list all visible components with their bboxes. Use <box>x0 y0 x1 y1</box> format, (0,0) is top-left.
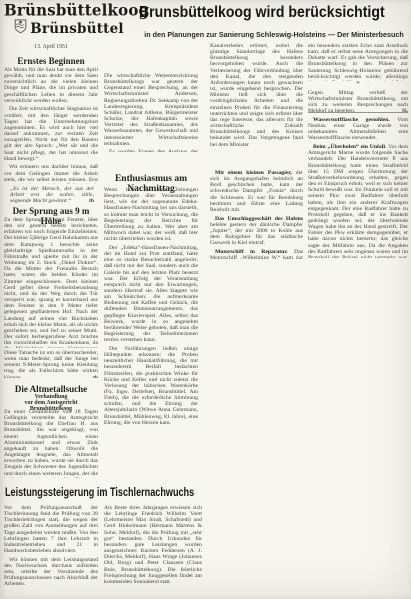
column-divider-rule <box>308 112 408 113</box>
news-item: Motorschiff in Reparatur. Das Motorschif… <box>210 249 303 259</box>
news-item-text: Vor dem Amtsgericht Marne wurde folgende… <box>308 144 408 258</box>
issue-date: 13. April 1951 <box>4 44 98 50</box>
lead-article-col3: Kanalverkehrs erörtert, wobei die günsti… <box>210 43 303 161</box>
paragraph: Wir erinnern uns darüber hinaus, daß vor… <box>4 164 98 184</box>
article-body-ernstes-beginnen: Als Motto für die Saat hat man den April… <box>4 67 98 184</box>
news-item-text: der sich im Ausgangshafen heimlich an Bo… <box>210 170 303 213</box>
section-divider-mark: * <box>308 81 408 88</box>
lead-article-col2: Die wirtschaftliche Weiterentwicklung Br… <box>104 73 198 152</box>
article-body-sprung: Zu dem Sprung aus dem Fenster, über den … <box>4 217 98 348</box>
news-items-col4: Wasserstoffflasche gestohlen. Vom Neubau… <box>308 117 408 258</box>
masthead-title-line1: Brünsbüttelkoog <box>4 2 134 18</box>
quote-text: „Es ist der Mensch, der aus der Arbeit e… <box>10 186 94 204</box>
bottom-article-col2: Als Beste ihres Jahrganges erwiesen sich… <box>104 505 202 597</box>
paragraph: Der „Edeka“-Hausfrauen-Nachmittag, der i… <box>104 245 198 344</box>
paragraph: Die wirtschaftliche Weiterentwicklung Br… <box>104 73 198 147</box>
main-subheadline: in den Planungen zur Sanierung Schleswig… <box>138 30 410 39</box>
masthead-title-line2: Brünsbüttel <box>30 22 123 36</box>
paragraph: Zu einer Gesamtstrafe von 18 Tagen Gefän… <box>4 409 98 478</box>
author-initials: th <box>89 375 98 378</box>
news-item-lead: Wasserstoffflasche gestohlen. <box>313 117 397 123</box>
masthead: Brünsbüttelkoog Brünsbüttel <box>4 3 134 39</box>
bottom-article-col1: Vor dem Prüfungsausschuß der Tischlerinn… <box>4 505 98 597</box>
bottom-article-headline: Leistungssteigerung im Tischlernachwuchs <box>5 486 194 500</box>
news-item: Beim „Überholen“ ein Unfall. Vor dem Amt… <box>308 144 408 258</box>
lead-article-col4: ein besonders starkes Echo zum Ausdruck … <box>308 43 408 81</box>
paragraph: Es wurden Fragen des Ausbaus der Fährver… <box>104 149 198 152</box>
news-item: Wasserstoffflasche gestohlen. Vom Neubau… <box>308 117 408 142</box>
article-heading-ernstes-beginnen: Ernstes Beginnen <box>4 56 98 66</box>
paragraph: Als Beste ihres Jahrganges erwiesen sich… <box>104 505 202 585</box>
paragraph: Vor dem Prüfungsausschuß der Tischlerinn… <box>4 505 98 554</box>
newspaper-page: Brünsbüttelkoog Brünsbüttel 13. April 19… <box>0 0 411 599</box>
paragraph: Als Motto für die Saat hat man den April… <box>4 67 98 104</box>
lead-article-closing: Gegen Mittag verließ der Wirtschaftsmini… <box>308 90 408 112</box>
news-item-lead: Das Umschlaggeschäft des Hafens <box>215 216 303 222</box>
paragraph-text: Diese Tatsache ist um so überraschender,… <box>4 350 98 378</box>
paragraph: Die Vorführungen ließen einige Höhepunkt… <box>104 346 198 426</box>
news-items-col3: Mit einem kleinen Passagier, der sich im… <box>210 170 303 259</box>
author-initials: th <box>85 198 94 204</box>
paragraph: Gegen Mittag verließ der Wirtschaftsmini… <box>308 90 408 112</box>
paragraph: Diese Tatsache ist um so überraschender,… <box>4 350 98 378</box>
paragraph: Wir können mit dem Leistungsstand des Na… <box>4 557 98 588</box>
article-body-enthusiasmus: Wenn man in den Zeitungen Besprechungen … <box>104 187 198 479</box>
article-body-altmetall: Zu einer Gesamtstrafe von 18 Tagen Gefän… <box>4 409 98 478</box>
paragraph: Die Zeit wirtschaftlicher Stagnation ist… <box>4 106 98 161</box>
article-body-sprung-end: Diese Tatsache ist um so überraschender,… <box>4 350 98 378</box>
main-headline: Brunsbüttelkoog wird berücksichtigt <box>139 3 385 23</box>
paragraph: Zu dem Sprung aus dem Fenster, über den … <box>4 217 98 348</box>
closing-text: Gegen Mittag verließ der Wirtschaftsmini… <box>308 90 408 112</box>
article-quote: „Es ist der Mensch, der aus der Arbeit e… <box>10 186 94 206</box>
news-item: Mit einem kleinen Passagier, der sich im… <box>210 170 303 213</box>
news-item-lead: Motorschiff in Reparatur. <box>215 249 294 255</box>
news-item: Das Umschlaggeschäft des Hafens belebte … <box>210 216 303 247</box>
paragraph: Wenn man in den Zeitungen Besprechungen … <box>104 187 198 242</box>
paragraph: Kanalverkehrs erörtert, wobei die günsti… <box>210 43 303 148</box>
paragraph: ein besonders starkes Echo zum Ausdruck … <box>308 43 408 81</box>
city-crest-icon <box>14 19 27 39</box>
news-item-text: belebte gestern der dänische Dampfer „Ju… <box>210 222 303 246</box>
article-heading-altmetall: Die Altmetallsuche <box>4 384 98 394</box>
